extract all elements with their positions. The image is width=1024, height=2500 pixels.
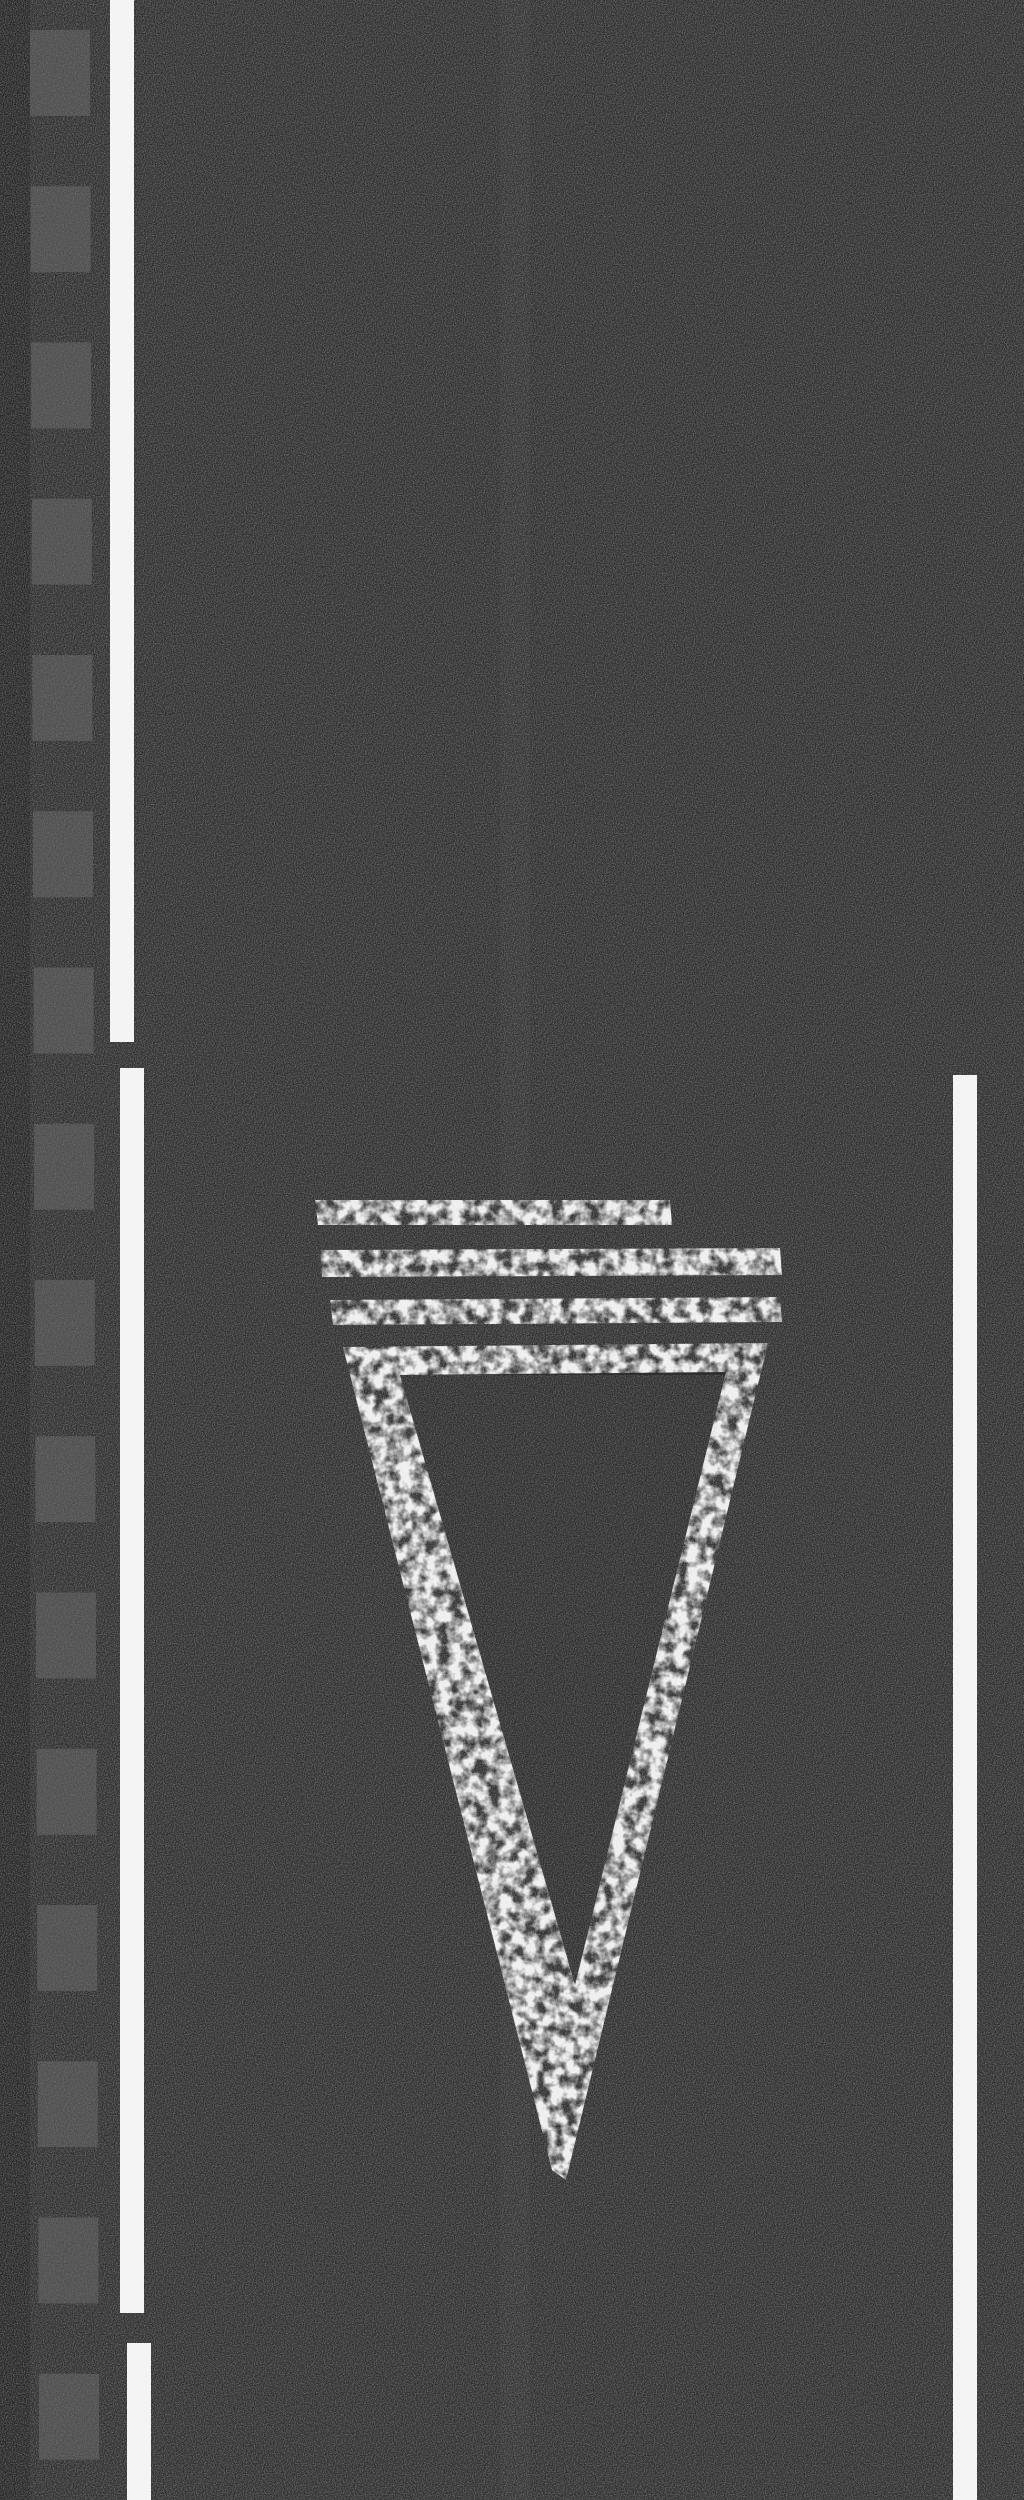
right-lane-line — [953, 1075, 977, 2500]
road-scene — [0, 0, 1024, 2500]
road-surface — [0, 0, 1024, 2500]
